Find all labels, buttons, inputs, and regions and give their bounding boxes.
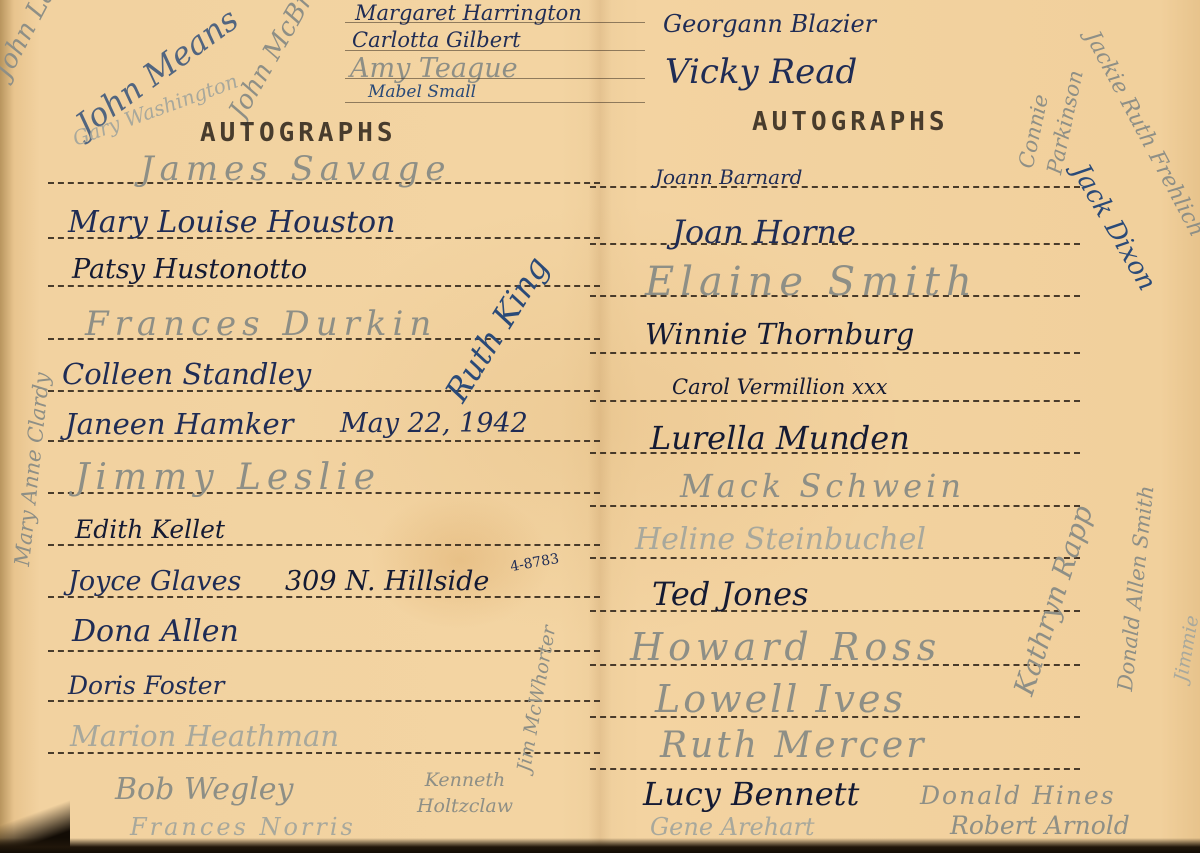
- signature: Carlotta Gilbert: [352, 30, 521, 51]
- signature: Gene Arehart: [650, 815, 815, 839]
- signature: Frances Durkin: [85, 307, 437, 341]
- signature: Ruth King: [440, 251, 554, 407]
- signature: Robert Arnold: [950, 813, 1130, 838]
- signature: Ruth Mercer: [660, 728, 926, 764]
- signature: Mabel Small: [368, 84, 476, 101]
- signature: Donald Hines: [920, 783, 1116, 808]
- signature-date: May 22, 1942: [340, 410, 528, 437]
- signature: Howard Ross: [630, 628, 941, 666]
- ruled-line: [590, 352, 1080, 354]
- signature: Patsy Hustonotto: [72, 256, 307, 283]
- signature-address: 309 N. Hillside: [285, 568, 489, 595]
- signature: Winnie Thornburg: [645, 320, 914, 349]
- signature: Kenneth Holtzclaw: [375, 768, 555, 819]
- ruled-line: [48, 650, 600, 652]
- signature: Margaret Harrington: [355, 3, 582, 24]
- signature: Doris Foster: [68, 673, 224, 698]
- ruled-line: [345, 102, 645, 103]
- ruled-line: [590, 505, 1080, 507]
- signature: Kathryn Rapp: [1010, 502, 1098, 698]
- signature: Vicky Read: [665, 55, 857, 89]
- ruled-line: [590, 557, 1080, 559]
- signature: Joyce Glaves: [68, 568, 241, 595]
- ruled-line: [345, 22, 645, 23]
- signature: Mary Louise Houston: [68, 208, 395, 238]
- ruled-line: [48, 544, 600, 546]
- signature: James Savage: [140, 152, 451, 186]
- autograph-book-spread: John Lawrence John Means John McBride Ga…: [0, 0, 1200, 853]
- signature-note: 4-8783: [509, 552, 560, 574]
- book-spine: [588, 0, 612, 853]
- signature: Joann Barnard: [655, 167, 802, 187]
- signature: Mary Anne Clardy: [12, 371, 53, 567]
- signature: Dona Allen: [72, 617, 239, 647]
- signature: Colleen Standley: [62, 360, 311, 389]
- signature: Donald Allen Smith: [1115, 485, 1157, 693]
- signature: Ted Jones: [652, 578, 809, 610]
- signature: Jimmy Leslie: [75, 460, 381, 496]
- ruled-line: [590, 768, 1080, 770]
- signature: Bob Wegley: [115, 775, 294, 805]
- signature: Frances Norris: [130, 815, 356, 839]
- ruled-line: [345, 50, 645, 51]
- signature: Jim McWhorter: [515, 624, 559, 773]
- signature: Edith Kellet: [75, 517, 225, 542]
- signature: Lucy Bennett: [643, 778, 859, 810]
- ruled-line: [590, 400, 1080, 402]
- ruled-line: [345, 78, 645, 79]
- page-bottom-edge: [0, 838, 1200, 853]
- signature: Janeen Hamker: [65, 410, 294, 439]
- signature: Georgann Blazier: [663, 12, 876, 36]
- signature: Heline Steinbuchel: [635, 525, 926, 555]
- signature: Mack Schwein: [680, 470, 965, 502]
- ruled-line: [48, 700, 600, 702]
- signature: John Lawrence: [0, 0, 106, 82]
- signature: Jimmie: [1172, 614, 1200, 683]
- signature: Jack Dixon: [1067, 160, 1160, 295]
- page-heading: AUTOGRAPHS: [200, 118, 397, 148]
- signature: Carol Vermillion xxx: [672, 377, 888, 398]
- signature: Marion Heathman: [70, 722, 339, 751]
- signature: Joan Horne: [672, 216, 856, 248]
- signature: Lurella Munden: [650, 422, 910, 454]
- signature: John McBride: [225, 0, 338, 123]
- page-heading: AUTOGRAPHS: [752, 107, 949, 137]
- signature: Lowell Ives: [655, 680, 906, 718]
- signature: Elaine Smith: [645, 262, 978, 302]
